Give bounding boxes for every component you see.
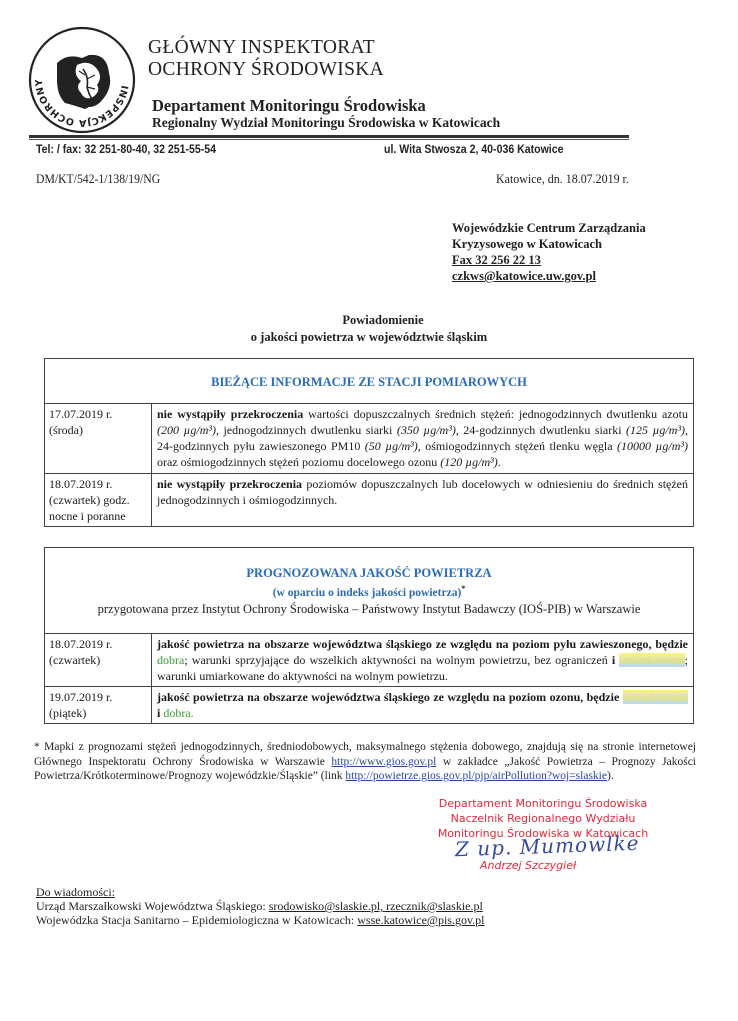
row-text: oraz ośmiogodzinnych stężeń poziomu doce… [157,455,440,469]
recipient-email-link[interactable]: wsse.katowice@pis.gov.pl [357,913,484,927]
recipient-label: Wojewódzka Stacja Sanitarno – Epidemiolo… [36,913,357,927]
forecast-header: PROGNOZOWANA JAKOŚĆ POWIETRZA (w oparciu… [45,548,693,634]
limit-so2-1h: (350 µg/m³) [397,423,456,437]
limit-o3-8h: (120 µg/m³) [440,455,498,469]
reference-number: DM/KT/542-1/138/19/NG [36,171,160,187]
stamp-line1: Departament Monitoringu Środowiska [428,796,658,811]
current-info-table: BIEŻĄCE INFORMACJE ZE STACJI POMIAROWYCH… [44,358,694,527]
quality-label-good: dobra [163,706,190,720]
current-info-header: BIEŻĄCE INFORMACJE ZE STACJI POMIAROWYCH [45,359,693,404]
row-text: ; warunki sprzyjające do wszelkich aktyw… [184,653,612,667]
row-description: jakość powietrza na obszarze województwa… [152,687,693,723]
footnote: * Mapki z prognozami stężeń jednogodzinn… [34,740,696,784]
row-date-cell: 18.07.2019 r. (czwartek) godz. nocne i p… [45,474,152,526]
org-title-line2: OCHRONY ŚRODOWISKA [148,59,384,81]
row-conjunction: i [612,653,615,667]
org-title-line1: GŁÓWNY INSPEKTORAT [148,37,384,59]
forecast-title: PROGNOZOWANA JAKOŚĆ POWIETRZA [45,565,693,581]
row-text: wartości dopuszczalnych średnich stężeń:… [303,407,688,421]
row-lead: nie wystąpiły przekroczenia [157,477,302,491]
document-subject: Powiadomienie o jakości powietrza w woje… [0,312,738,346]
row-conjunction: i [157,706,160,720]
list-item: Wojewódzka Stacja Sanitarno – Epidemiolo… [36,913,485,927]
row-day: (czwartek) godz. nocne i poranne [49,492,147,524]
limit-pm10-24h: (50 µg/m³) [365,439,418,453]
subject-line1: Powiadomienie [0,312,738,329]
recipient-email-link[interactable]: czkws@katowice.uw.gov.pl [452,268,646,284]
recipient-label: Urząd Marszałkowski Województwa Śląskieg… [36,899,269,913]
row-text: . [498,455,501,469]
row-text: , ośmiogodzinnych stężeń tlenku węgla [418,439,617,453]
contact-phone: Tel: / fax: 32 251-80-40, 32 251-55-54 [36,142,216,156]
row-description: jakość powietrza na obszarze województwa… [152,634,693,686]
regional-office-name: Regionalny Wydział Monitoringu Środowisk… [152,115,500,131]
row-lead: nie wystąpiły przekroczenia [157,407,303,421]
gios-website-link[interactable]: http://www.gios.gov.pl [331,756,436,768]
row-date: 17.07.2019 r. [49,406,147,422]
table-row: 18.07.2019 r. (czwartek) jakość powietrz… [45,634,693,686]
forecast-table: PROGNOZOWANA JAKOŚĆ POWIETRZA (w oparciu… [44,547,694,724]
row-lead: jakość powietrza na obszarze województwa… [157,637,688,651]
table-row: 18.07.2019 r. (czwartek) godz. nocne i p… [45,473,693,526]
limit-so2-24h: (125 µg/m³) [626,423,685,437]
table-row: 19.07.2019 r. (piątek) jakość powietrza … [45,686,693,723]
distribution-heading: Do wiadomości: [36,885,485,899]
quality-label-moderate: umiarkowana [623,690,688,704]
row-text: , 24-godzinnych dwutlenku siarki [456,423,626,437]
recipient-block: Wojewódzkie Centrum Zarządzania Kryzysow… [452,220,646,284]
table-row: 17.07.2019 r. (środa) nie wystąpiły prze… [45,404,693,473]
quality-label-good: dobra [157,653,184,667]
limit-co-8h: (10000 µg/m³) [617,439,688,453]
list-item: Urząd Marszałkowski Województwa Śląskieg… [36,899,485,913]
signatory-name: Andrzej Szczygieł [480,859,576,872]
stamp-line2: Naczelnik Regionalnego Wydziału [428,811,658,826]
row-date-cell: 18.07.2019 r. (czwartek) [45,634,152,686]
row-description: nie wystąpiły przekroczenia wartości dop… [152,404,693,473]
forecast-subtitle: (w oparciu o indeks jakości powietrza)* [45,581,693,601]
footnote-marker: * [461,584,465,593]
quality-label-moderate: umiarkowana [619,653,684,667]
row-text: , jednogodzinnych dwutlenku siarki [216,423,397,437]
row-day: (środa) [49,422,147,438]
row-date: 18.07.2019 r. [49,636,147,652]
forecast-subtitle-text: (w oparciu o indeks jakości powietrza) [273,587,462,599]
leaf-emblem-icon: INSPEKCJA OCHRONY ŚRODOWISKA [27,25,137,135]
row-date-cell: 19.07.2019 r. (piątek) [45,687,152,723]
row-date-cell: 17.07.2019 r. (środa) [45,404,152,473]
contact-address: ul. Wita Stwosza 2, 40-036 Katowice [384,142,563,156]
row-lead: jakość powietrza na obszarze województwa… [157,690,619,704]
recipient-email-link[interactable]: srodowisko@slaskie.pl, rzecznik@slaskie.… [269,899,483,913]
row-day: (piątek) [49,705,147,721]
header-divider [29,135,629,140]
recipient-fax: Fax 32 256 22 13 [452,252,646,268]
limit-no2-1h: (200 µg/m³) [157,423,216,437]
recipient-line2: Kryzysowego w Katowicach [452,236,646,252]
footnote-text: ). [607,770,614,782]
distribution-list: Do wiadomości: Urząd Marszałkowski Wojew… [36,885,485,927]
row-date: 18.07.2019 r. [49,476,147,492]
department-name: Departament Monitoringu Środowiska [152,96,426,116]
current-info-title: BIEŻĄCE INFORMACJE ZE STACJI POMIAROWYCH [211,375,527,389]
handwritten-signature: Z up. Mumowlke [455,831,640,861]
gios-logo: INSPEKCJA OCHRONY ŚRODOWISKA [27,25,137,135]
row-date: 19.07.2019 r. [49,689,147,705]
organization-title: GŁÓWNY INSPEKTORAT OCHRONY ŚRODOWISKA [148,37,384,81]
forecast-prepared-by: przygotowana przez Instytut Ochrony Środ… [45,601,693,617]
recipient-line1: Wojewódzkie Centrum Zarządzania [452,220,646,236]
row-description: nie wystąpiły przekroczenia poziomów dop… [152,474,693,526]
row-text: . [191,706,194,720]
place-and-date: Katowice, dn. 18.07.2019 r. [496,171,629,187]
row-day: (czwartek) [49,652,147,668]
subject-line2: o jakości powietrza w województwie śląsk… [0,329,738,346]
forecast-map-link[interactable]: http://powietrze.gios.gov.pl/pjp/airPoll… [345,770,607,782]
